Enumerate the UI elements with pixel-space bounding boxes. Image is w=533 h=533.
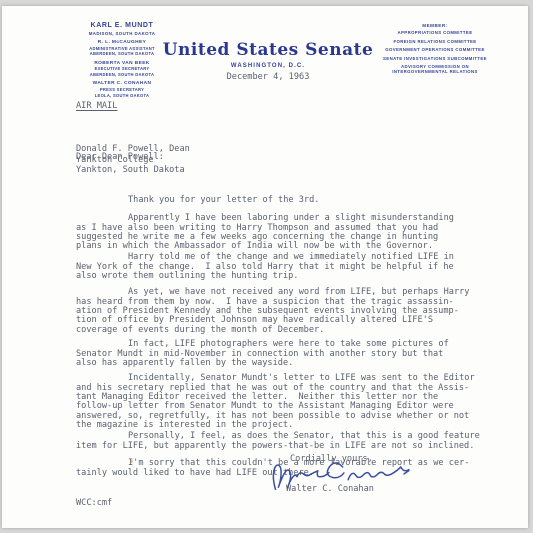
letter-photo: { "colors": { "letterhead_blue": "#35439… [0, 0, 533, 533]
paper-speck [130, 460, 133, 463]
typed-signature: Walter C. Conahan [286, 485, 374, 494]
typist-reference: WCC:cmf [76, 499, 112, 508]
letter-paper: KARL E. MUNDT MADISON, SOUTH DAKOTA R. L… [2, 6, 528, 528]
